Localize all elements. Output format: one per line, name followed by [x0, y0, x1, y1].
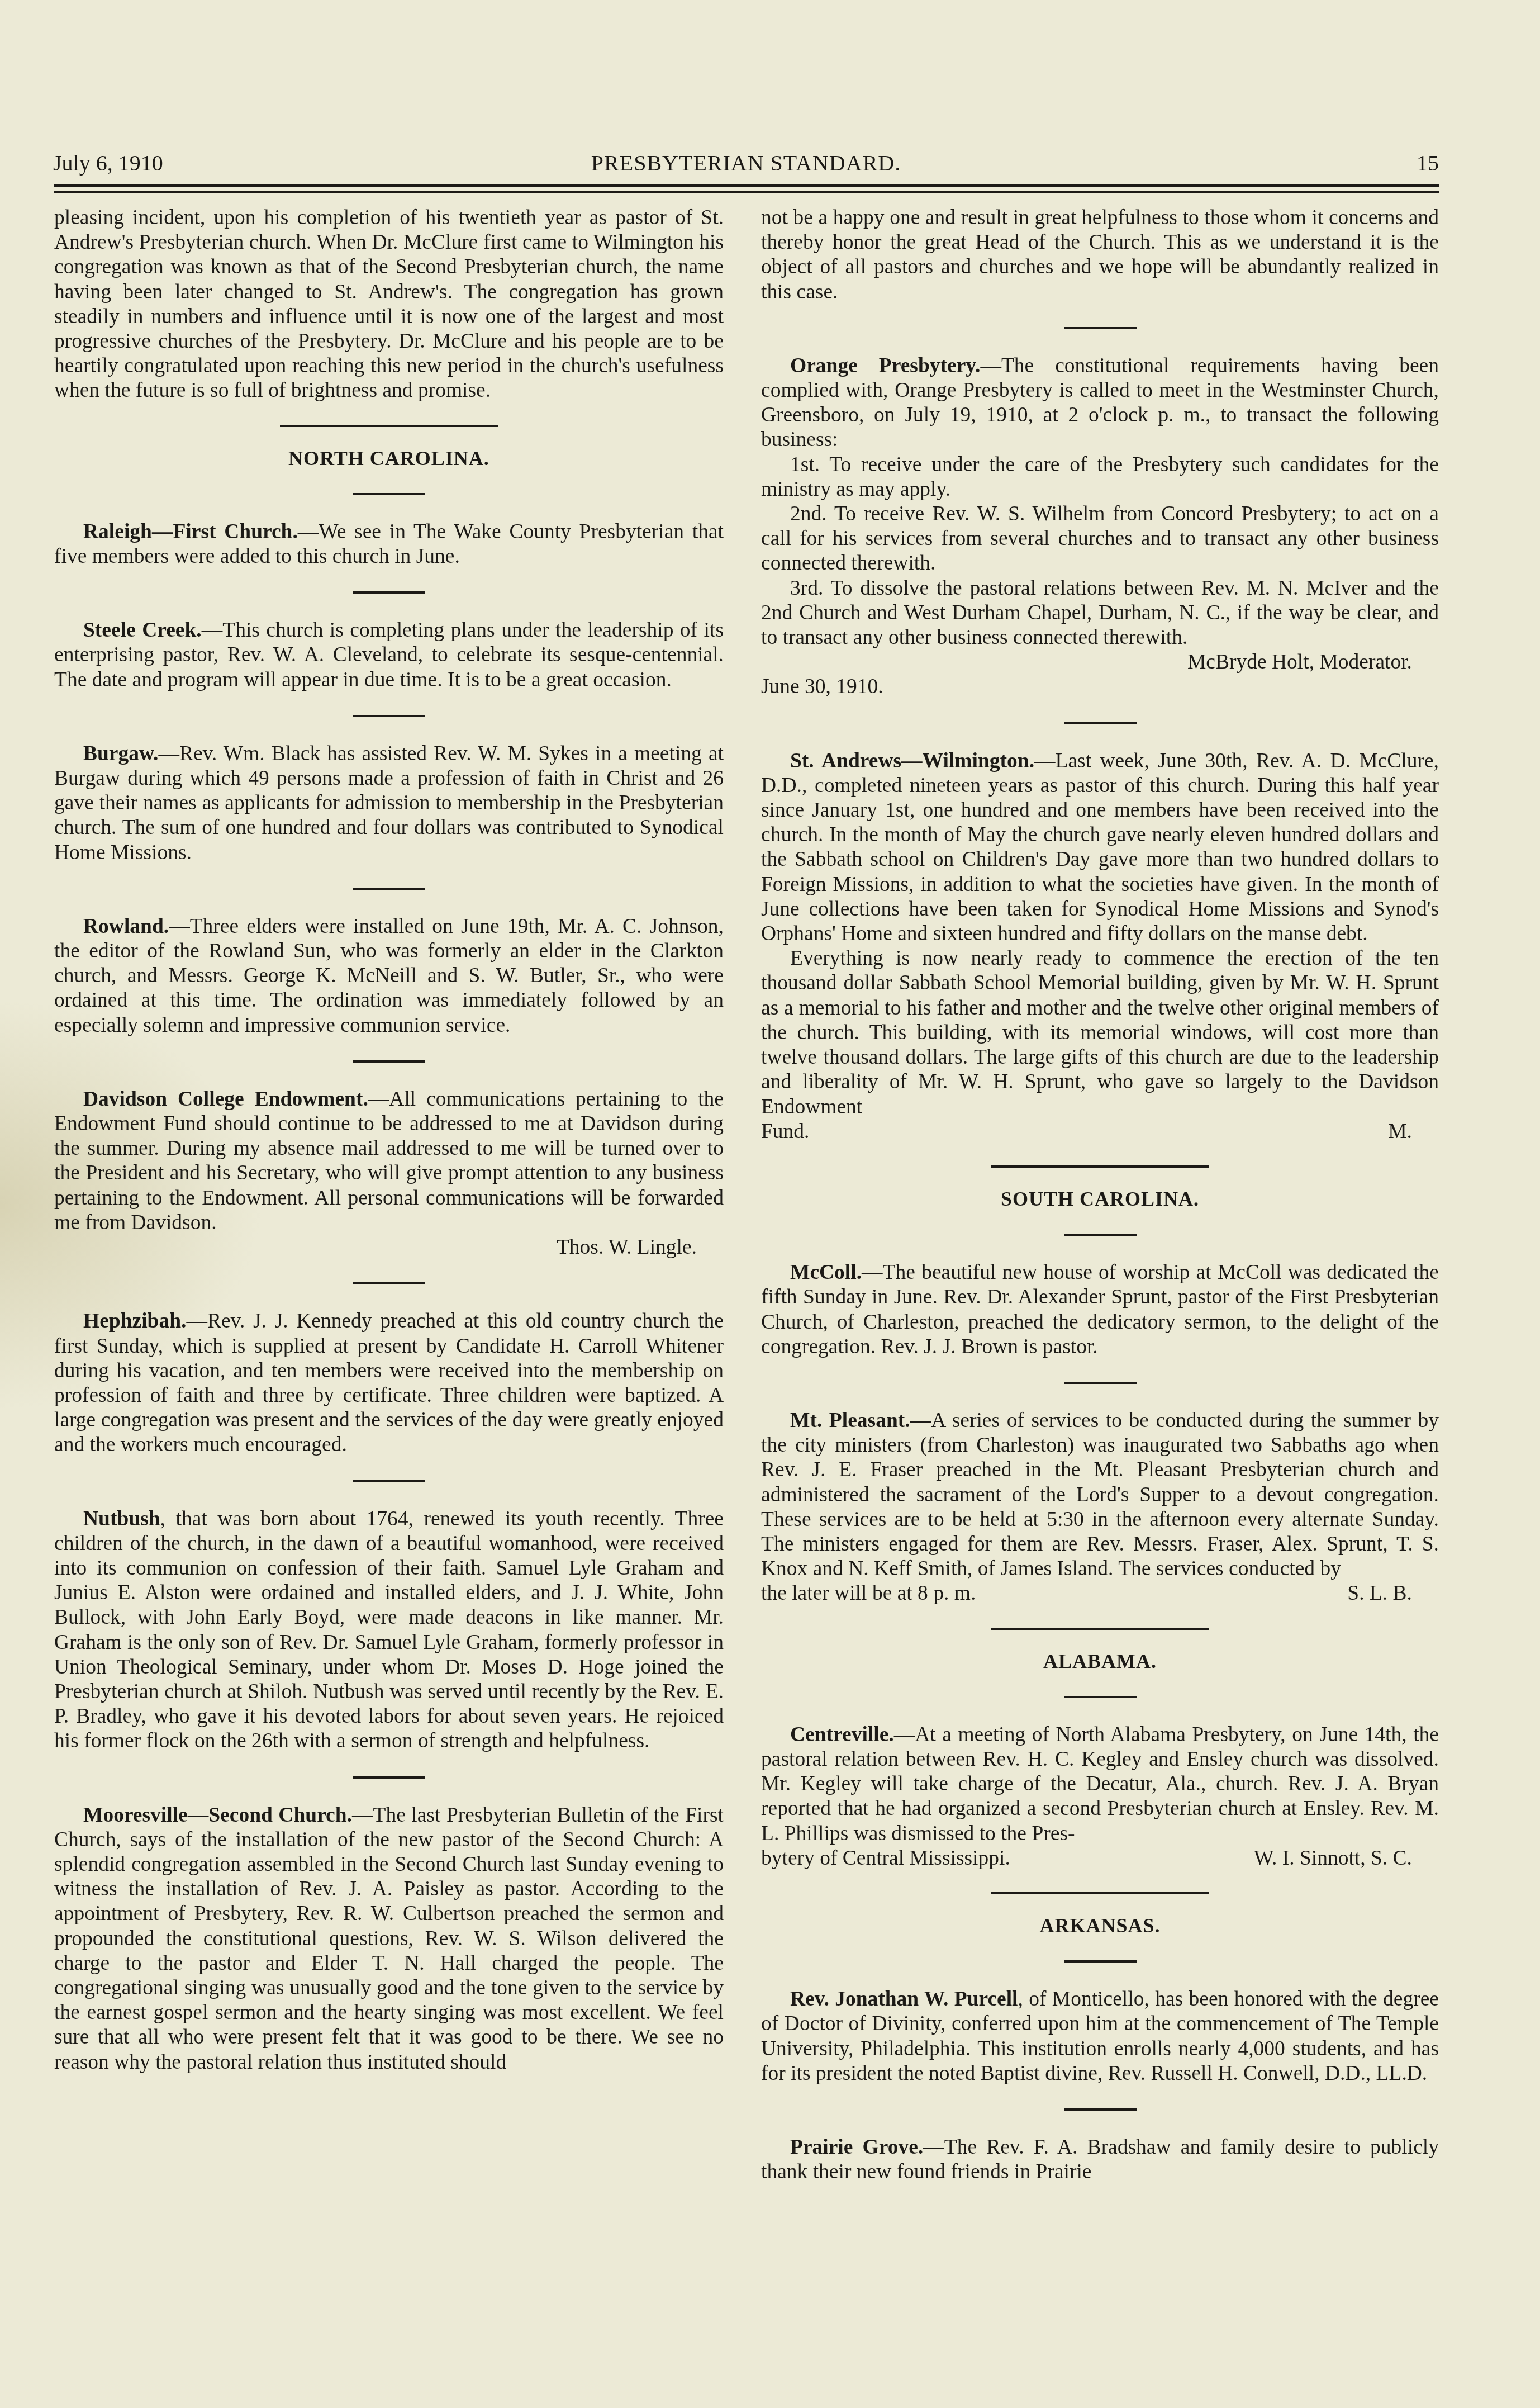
section-heading-north-carolina: NORTH CAROLINA. [54, 446, 724, 471]
news-item-steele-creek: Steele Creek.—This church is completing … [54, 618, 724, 693]
item-body: , that was born about 1764, renewed its … [54, 1508, 724, 1753]
item-body: —Last week, June 30th, Rev. A. D. McClur… [761, 750, 1439, 945]
header-rule-lower [54, 191, 1439, 193]
item-heading: Rowland. [83, 915, 169, 938]
item-heading: Burgaw. [83, 742, 158, 765]
item-body: —A series of services to be conducted du… [761, 1409, 1439, 1580]
news-item-nutbush: Nutbush, that was born about 1764, renew… [54, 1507, 724, 1754]
item-heading: St. Andrews—Wilmington. [790, 750, 1034, 772]
item-heading: Mooresville—Second Church. [83, 1804, 352, 1827]
item-rule [1064, 327, 1137, 329]
section-rule [991, 1892, 1209, 1894]
news-item-st-andrews: St. Andrews—Wilmington.—Last week, June … [761, 749, 1439, 947]
news-item-st-andrews-cont: Everything is now nearly ready to commen… [761, 946, 1439, 1119]
continued-article: pleasing incident, upon his completion o… [54, 206, 724, 404]
item-rule [353, 1060, 425, 1063]
news-item-purcell: Rev. Jonathan W. Purcell, of Monticello,… [761, 1987, 1439, 2086]
business-item-2: 2nd. To receive Rev. W. S. Wilhelm from … [761, 502, 1439, 576]
section-heading-south-carolina: SOUTH CAROLINA. [761, 1187, 1439, 1211]
news-item-burgaw: Burgaw.—Rev. Wm. Black has assisted Rev.… [54, 742, 724, 865]
news-item-orange-presbytery: Orange Presbytery.—The constitutional re… [761, 354, 1439, 453]
item-rule [1064, 722, 1137, 724]
news-item-mccoll: McColl.—The beautiful new house of worsh… [761, 1260, 1439, 1359]
item-rule [1064, 2108, 1137, 2111]
item-heading: Davidson College Endowment. [83, 1088, 368, 1111]
item-rule [353, 493, 425, 495]
right-column: not be a happy one and result in great h… [761, 206, 1439, 2184]
item-body: —The last Presbyterian Bulletin of the F… [54, 1804, 724, 2074]
continued-article: not be a happy one and result in great h… [761, 206, 1439, 305]
news-item-raleigh: Raleigh—First Church.—We see in The Wake… [54, 520, 724, 569]
signature-line: the later will be at 8 p. m.S. L. B. [761, 1581, 1439, 1606]
item-heading: Rev. Jonathan W. Purcell [790, 1988, 1018, 2011]
signature-holt: McBryde Holt, Moderator. [761, 650, 1439, 675]
last-line: Fund. [761, 1120, 809, 1144]
item-rule [353, 1282, 425, 1284]
last-line: bytery of Central Mississippi. [761, 1846, 1010, 1871]
item-rule [353, 591, 425, 594]
item-rule [1064, 1696, 1137, 1698]
item-heading: Mt. Pleasant. [790, 1409, 910, 1432]
left-column: pleasing incident, upon his completion o… [54, 206, 724, 2075]
item-rule [353, 1776, 425, 1779]
section-rule [991, 1165, 1209, 1168]
news-item-centreville: Centreville.—At a meeting of North Alaba… [761, 1723, 1439, 1846]
item-rule [1064, 1960, 1137, 1963]
section-heading-arkansas: ARKANSAS. [761, 1913, 1439, 1938]
notice-date: June 30, 1910. [761, 675, 1439, 699]
signature-slb: S. L. B. [1347, 1581, 1412, 1606]
item-rule [1064, 1234, 1137, 1236]
business-item-1: 1st. To receive under the care of the Pr… [761, 453, 1439, 502]
publication-title: PRESBYTERIAN STANDARD. [53, 146, 1439, 180]
business-item-3: 3rd. To dissolve the pastoral relations … [761, 576, 1439, 651]
header-rule-upper [54, 184, 1439, 187]
signature-line: Fund.M. [761, 1120, 1439, 1144]
news-item-mooresville: Mooresville—Second Church.—The last Pres… [54, 1803, 724, 2075]
item-heading: Nutbush [83, 1508, 160, 1530]
section-rule [280, 425, 498, 427]
item-heading: Centreville. [790, 1723, 894, 1746]
news-item-mt-pleasant: Mt. Pleasant.—A series of services to be… [761, 1409, 1439, 1581]
item-rule [353, 888, 425, 890]
news-item-hephzibah: Hephzibah.—Rev. J. J. Kennedy preached a… [54, 1309, 724, 1457]
item-heading: Orange Presbytery. [790, 354, 980, 377]
item-body: —The beautiful new house of worship at M… [761, 1261, 1439, 1358]
signature-m: M. [1388, 1120, 1412, 1144]
news-item-prairie-grove: Prairie Grove.—The Rev. F. A. Bradshaw a… [761, 2135, 1439, 2184]
item-rule [353, 715, 425, 717]
news-item-davidson: Davidson College Endowment.—All communic… [54, 1087, 724, 1235]
signature-sinnott: W. I. Sinnott, S. C. [1254, 1846, 1412, 1871]
item-heading: Hephzibah. [83, 1310, 186, 1333]
item-heading: McColl. [790, 1261, 862, 1284]
item-heading: Prairie Grove. [790, 2136, 923, 2159]
section-rule [991, 1628, 1209, 1630]
news-item-rowland: Rowland.—Three elders were installed on … [54, 914, 724, 1038]
signature-lingle: Thos. W. Lingle. [54, 1235, 724, 1260]
last-line: the later will be at 8 p. m. [761, 1581, 976, 1606]
section-heading-alabama: ALABAMA. [761, 1649, 1439, 1674]
item-rule [353, 1480, 425, 1482]
page-number: 15 [1417, 146, 1439, 180]
signature-line: bytery of Central Mississippi.W. I. Sinn… [761, 1846, 1439, 1871]
item-heading: Steele Creek. [83, 619, 202, 642]
item-heading: Raleigh—First Church. [83, 520, 298, 543]
running-header: July 6, 1910 PRESBYTERIAN STANDARD. 15 [53, 146, 1439, 180]
item-rule [1064, 1382, 1137, 1384]
